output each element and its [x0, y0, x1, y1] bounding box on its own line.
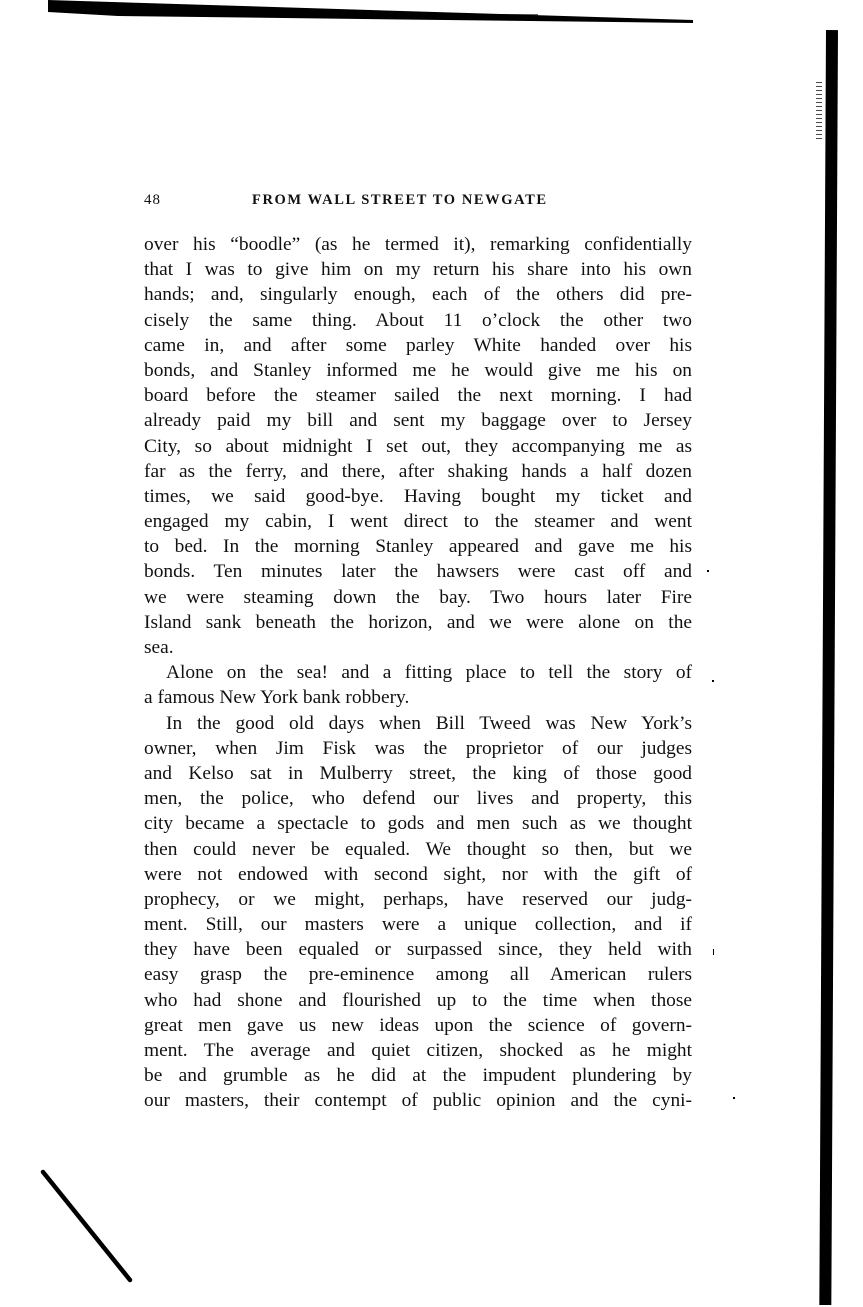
text-line: In the good old days when Bill Tweed was…	[144, 711, 692, 736]
text-line: ment. Still, our masters were a unique c…	[144, 912, 692, 937]
running-title: FROM WALL STREET TO NEWGATE	[252, 192, 548, 209]
text-line: already paid my bill and sent my baggage…	[144, 408, 692, 433]
text-line: Alone on the sea! and a fitting place to…	[144, 660, 692, 685]
text-line: engaged my cabin, I went direct to the s…	[144, 509, 692, 534]
text-line: be and grumble as he did at the impudent…	[144, 1063, 692, 1088]
text-line: men, the police, who defend our lives an…	[144, 786, 692, 811]
text-line: cisely the same thing. About 11 o’clock …	[144, 308, 692, 333]
text-line: came in, and after some parley White han…	[144, 333, 692, 358]
margin-speck	[733, 1097, 735, 1099]
text-line: prophecy, or we might, perhaps, have res…	[144, 887, 692, 912]
text-line: City, so about midnight I set out, they …	[144, 434, 692, 459]
text-line: great men gave us new ideas upon the sci…	[144, 1013, 692, 1038]
text-line: board before the steamer sailed the next…	[144, 383, 692, 408]
text-line: bonds, and Stanley informed me he would …	[144, 358, 692, 383]
text-line: and Kelso sat in Mulberry street, the ki…	[144, 761, 692, 786]
body-text: over his “boodle” (as he termed it), rem…	[144, 232, 692, 1114]
text-line: that I was to give him on my return his …	[144, 257, 692, 282]
text-line: they have been equaled or surpassed sinc…	[144, 937, 692, 962]
margin-speck	[713, 949, 714, 955]
text-line: who had shone and flourished up to the t…	[144, 988, 692, 1013]
text-line: we were steaming down the bay. Two hours…	[144, 585, 692, 610]
scan-edge-top	[48, 0, 693, 24]
text-line: over his “boodle” (as he termed it), rem…	[144, 232, 692, 257]
text-line: hands; and, singularly enough, each of t…	[144, 282, 692, 307]
scan-edge-right	[819, 30, 838, 1305]
scan-speckle	[816, 82, 822, 142]
page-header: 48 FROM WALL STREET TO NEWGATE	[144, 192, 694, 212]
margin-speck	[707, 570, 709, 572]
text-line: far as the ferry, and there, after shaki…	[144, 459, 692, 484]
text-line: were not endowed with second sight, nor …	[144, 862, 692, 887]
text-line: easy grasp the pre-eminence among all Am…	[144, 962, 692, 987]
text-line: sea.	[144, 635, 692, 660]
text-line: times, we said good-bye. Having bought m…	[144, 484, 692, 509]
text-line: then could never be equaled. We thought …	[144, 837, 692, 862]
text-line: Island sank beneath the horizon, and we …	[144, 610, 692, 635]
text-line: ment. The average and quiet citizen, sho…	[144, 1038, 692, 1063]
text-line: city became a spectacle to gods and men …	[144, 811, 692, 836]
margin-speck	[712, 680, 714, 682]
text-line: a famous New York bank robbery.	[144, 685, 692, 710]
text-line: bonds. Ten minutes later the hawsers wer…	[144, 559, 692, 584]
text-line: our masters, their contempt of public op…	[144, 1088, 692, 1113]
page-number: 48	[144, 192, 161, 209]
text-line: owner, when Jim Fisk was the proprietor …	[144, 736, 692, 761]
text-line: to bed. In the morning Stanley appeared …	[144, 534, 692, 559]
